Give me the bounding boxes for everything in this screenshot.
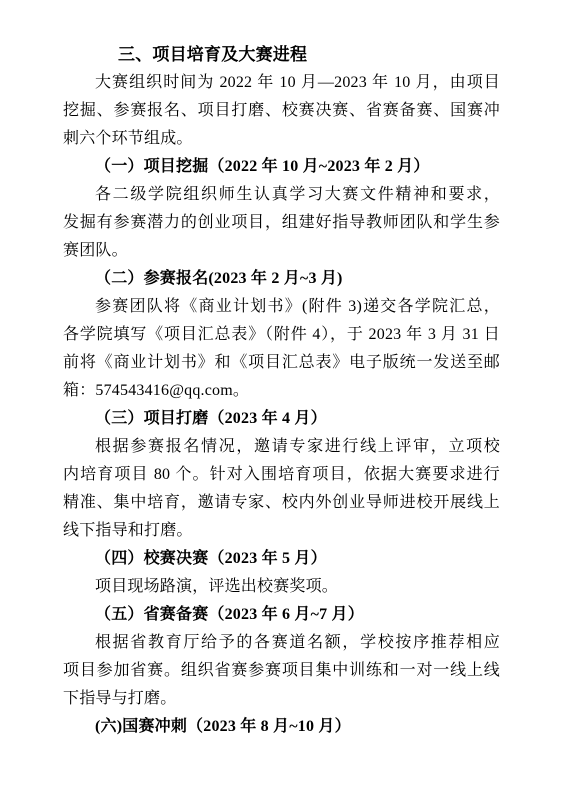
body-line: 内培育项目 80 个。针对入围培育项目，依据大赛要求进行 <box>63 461 500 489</box>
body-line: 项目参加省赛。组织省赛参赛项目集中训练和一对一线上线 <box>63 657 500 685</box>
body-line: 前将《商业计划书》和《项目汇总表》电子版统一发送至邮 <box>63 349 500 377</box>
section-heading: （三）项目打磨（2023 年 4 月） <box>63 405 500 433</box>
body-line: 精准、集中培育，邀请专家、校内外创业导师进校开展线上 <box>63 489 500 517</box>
body-line: 参赛团队将《商业计划书》(附件 3)递交各学院汇总， <box>63 293 500 321</box>
body-line: 各学院填写《项目汇总表》（附件 4），于 2023 年 3 月 31 日 <box>63 321 500 349</box>
body-line: 线下指导和打磨。 <box>63 517 500 545</box>
body-line: 各二级学院组织师生认真学习大赛文件精神和要求， <box>63 181 500 209</box>
body-line: 根据参赛报名情况，邀请专家进行线上评审，立项校 <box>63 433 500 461</box>
body-line: 根据省教育厅给予的各赛道名额，学校按序推荐相应 <box>63 629 500 657</box>
body-line: 项目现场路演，评选出校赛奖项。 <box>63 573 500 601</box>
document-content: 三、项目培育及大赛进程大赛组织时间为 2022 年 10 月—2023 年 10… <box>63 41 500 741</box>
doc-title: 三、项目培育及大赛进程 <box>63 41 500 69</box>
body-line: 下指导与打磨。 <box>63 685 500 713</box>
section-heading: （二）参赛报名(2023 年 2 月~3 月) <box>63 265 500 293</box>
body-line: 赛团队。 <box>63 237 500 265</box>
section-heading: （四）校赛决赛（2023 年 5 月） <box>63 545 500 573</box>
body-line: 挖掘、参赛报名、项目打磨、校赛决赛、省赛备赛、国赛冲 <box>63 97 500 125</box>
section-heading: (六)国赛冲刺（2023 年 8 月~10 月） <box>63 713 500 741</box>
body-line: 刺六个环节组成。 <box>63 125 500 153</box>
document-page: 三、项目培育及大赛进程大赛组织时间为 2022 年 10 月—2023 年 10… <box>0 0 563 790</box>
body-line: 箱：574543416@qq.com。 <box>63 377 500 405</box>
body-line: 发掘有参赛潜力的创业项目，组建好指导教师团队和学生参 <box>63 209 500 237</box>
section-heading: （一）项目挖掘（2022 年 10 月~2023 年 2 月） <box>63 153 500 181</box>
section-heading: （五）省赛备赛（2023 年 6 月~7 月） <box>63 601 500 629</box>
body-line: 大赛组织时间为 2022 年 10 月—2023 年 10 月，由项目 <box>63 69 500 97</box>
